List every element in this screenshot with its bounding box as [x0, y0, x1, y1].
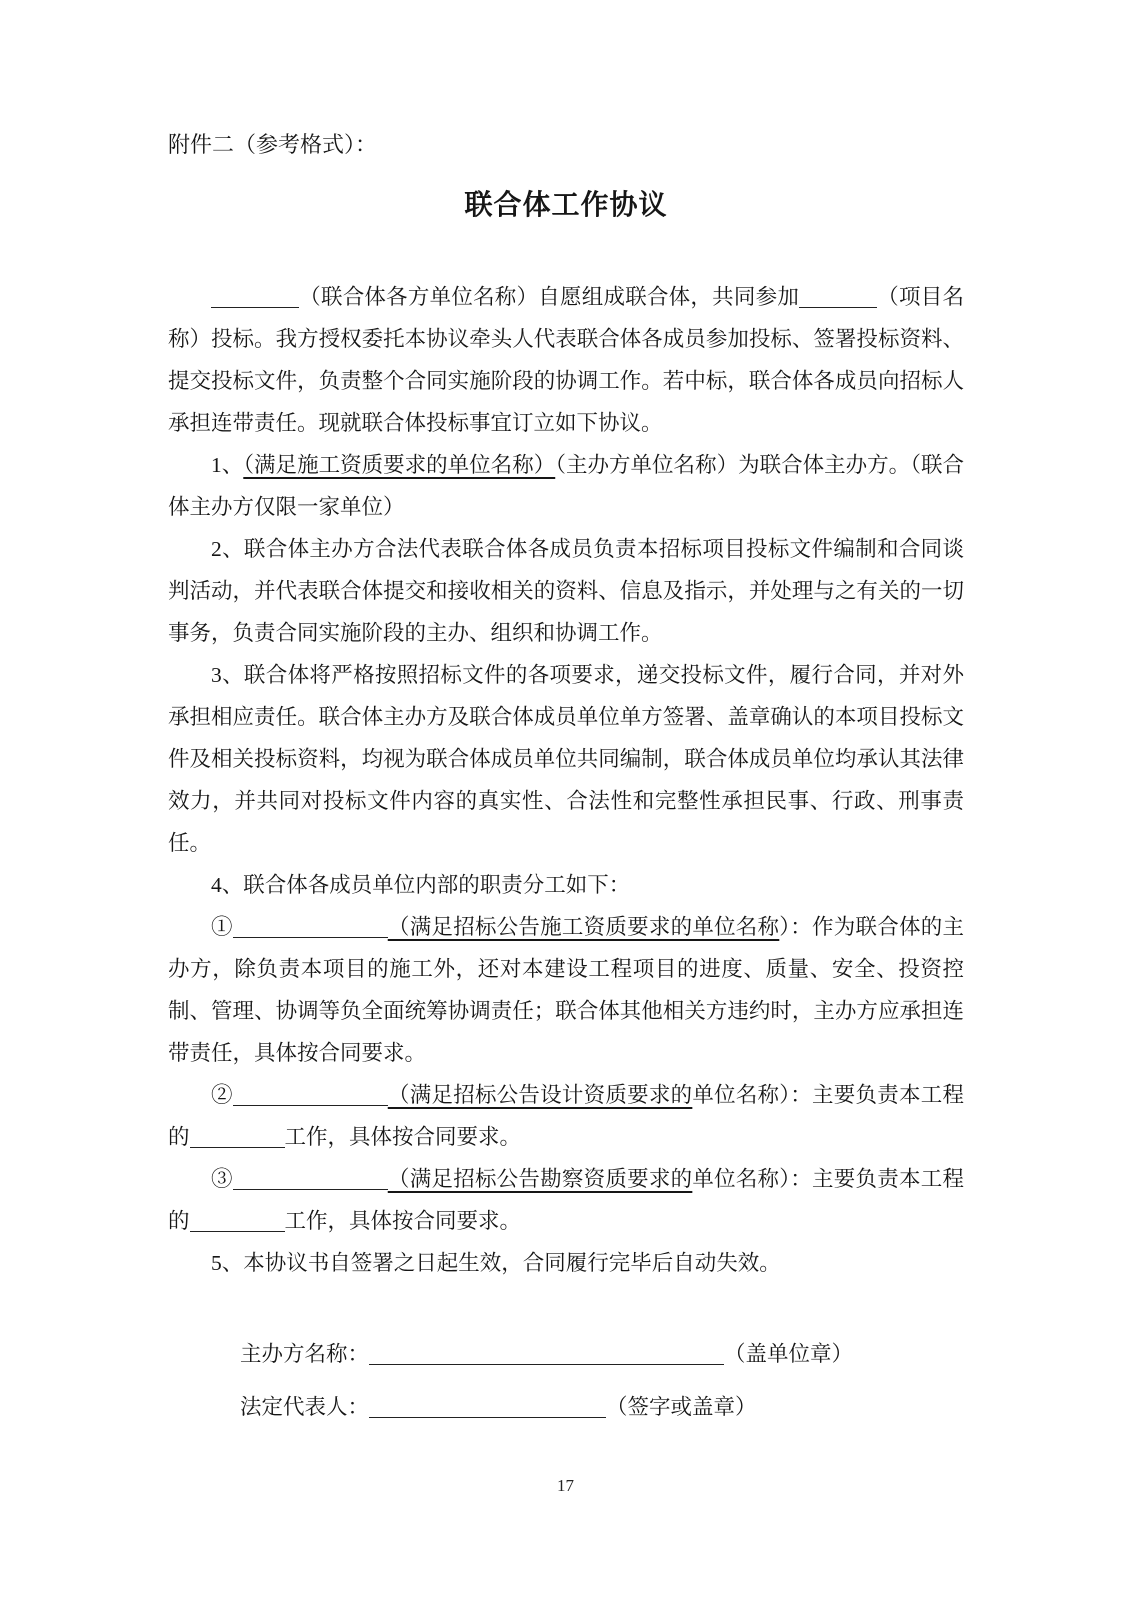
- intro-text-1: （联合体各方单位名称）自愿组成联合体，共同参加: [299, 285, 799, 309]
- host-name-line: 主办方名称：（盖单位章）: [240, 1328, 964, 1381]
- legal-rep-sign-note: （签字或盖章）: [606, 1395, 757, 1419]
- subclause-1-underlined-text: （满足招标公告施工资质要求的单位名称: [388, 915, 780, 939]
- subclause-1-mid-text: ）：: [779, 915, 812, 939]
- subclause-2: ②（满足招标公告设计资质要求的单位名称）：主要负责本工程的工作，具体按合同要求。: [168, 1074, 964, 1158]
- legal-rep-line: 法定代表人：（签字或盖章）: [240, 1381, 964, 1434]
- host-seal-note: （盖单位章）: [724, 1342, 853, 1366]
- subclause-2-unit-blank-field: [233, 1103, 388, 1106]
- intro-paragraph: （联合体各方单位名称）自愿组成联合体，共同参加（项目名称）投标。我方授权委托本协…: [168, 276, 964, 444]
- subclause-3-underlined-text: （满足招标公告勘察资质要求的: [388, 1167, 693, 1191]
- document-body: （联合体各方单位名称）自愿组成联合体，共同参加（项目名称）投标。我方授权委托本协…: [168, 276, 964, 1434]
- legal-rep-label: 法定代表人：: [240, 1395, 369, 1419]
- subclause-1: ①（满足招标公告施工资质要求的单位名称）：作为联合体的主办方，除负责本项目的施工…: [168, 906, 964, 1074]
- subclause-3: ③（满足招标公告勘察资质要求的单位名称）：主要负责本工程的工作，具体按合同要求。: [168, 1158, 964, 1242]
- clause-5-text: 5、本协议书自签署之日起生效，合同履行完毕后自动失效。: [211, 1251, 781, 1275]
- clause-1-number: 1、: [211, 453, 243, 477]
- consortium-names-blank-field: [211, 305, 299, 308]
- subclause-1-number: ①: [211, 915, 233, 939]
- clause-3: 3、联合体将严格按照招标文件的各项要求，递交投标文件，履行合同，并对外承担相应责…: [168, 654, 964, 864]
- subclause-3-tail-text: 工作，具体按合同要求。: [285, 1209, 522, 1233]
- subclause-2-work-blank-field: [190, 1145, 285, 1148]
- subclause-3-unit-blank-field: [233, 1187, 388, 1190]
- clause-3-text: 3、联合体将严格按照招标文件的各项要求，递交投标文件，履行合同，并对外承担相应责…: [168, 663, 964, 855]
- signature-block: 主办方名称：（盖单位章） 法定代表人：（签字或盖章）: [168, 1328, 964, 1434]
- clause-2-text: 2、联合体主办方合法代表联合体各成员负责本招标项目投标文件编制和合同谈判活动，并…: [168, 537, 964, 645]
- document-content: 附件二（参考格式）： 联合体工作协议 （联合体各方单位名称）自愿组成联合体，共同…: [168, 128, 964, 1434]
- document-page: 附件二（参考格式）： 联合体工作协议 （联合体各方单位名称）自愿组成联合体，共同…: [0, 0, 1131, 1600]
- subclause-3-work-blank-field: [190, 1229, 285, 1232]
- subclause-2-underlined-text: （满足招标公告设计资质要求的: [388, 1083, 693, 1107]
- clause-4-text: 4、联合体各成员单位内部的职责分工如下：: [211, 873, 630, 897]
- clause-4: 4、联合体各成员单位内部的职责分工如下：: [168, 864, 964, 906]
- subclause-2-number: ②: [211, 1083, 233, 1107]
- page-number: 17: [0, 1476, 1131, 1496]
- attachment-label: 附件二（参考格式）：: [168, 128, 964, 162]
- clause-1-underlined-text: （满足施工资质要求的单位名称）: [243, 453, 555, 477]
- clause-5: 5、本协议书自签署之日起生效，合同履行完毕后自动失效。: [168, 1242, 964, 1284]
- clause-1: 1、（满足施工资质要求的单位名称）（主办方单位名称）为联合体主办方。（联合体主办…: [168, 444, 964, 528]
- host-name-blank-field: [369, 1362, 724, 1365]
- subclause-1-unit-blank-field: [233, 935, 388, 938]
- page-title: 联合体工作协议: [168, 186, 964, 226]
- legal-rep-blank-field: [369, 1415, 606, 1418]
- host-name-label: 主办方名称：: [240, 1342, 369, 1366]
- project-name-blank-field: [799, 305, 877, 308]
- clause-2: 2、联合体主办方合法代表联合体各成员负责本招标项目投标文件编制和合同谈判活动，并…: [168, 528, 964, 654]
- subclause-3-number: ③: [211, 1167, 233, 1191]
- subclause-2-tail-text: 工作，具体按合同要求。: [285, 1125, 522, 1149]
